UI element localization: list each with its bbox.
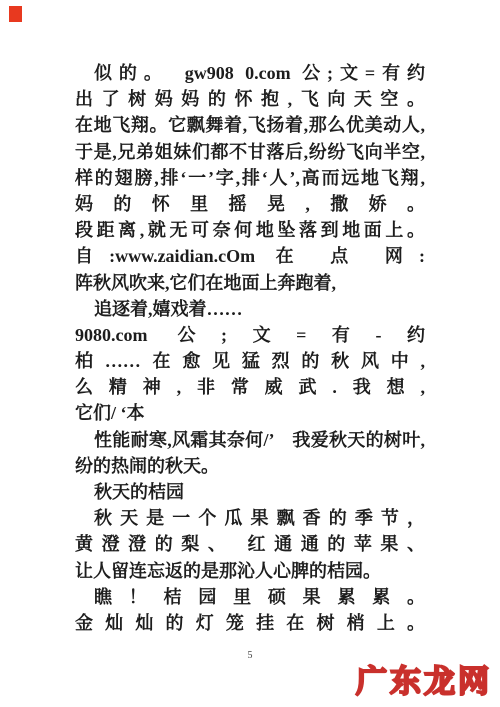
text-line: 段距离,就无可奈何地坠落到地面上。地面的树叶也不甘(来	[75, 217, 425, 243]
text-line: 似的。 gw908 0.com 公;文=有约 一片黄色的叶子挣脱	[75, 60, 425, 86]
text-line: 妈的怀里摇晃,撒娇。有时它们会像彩蝶一样飞,不过飞了一	[75, 191, 425, 217]
text-line: 在地飞翔。它飘舞着,飞扬着,那么优美动人,那么安逸潇洒。	[75, 112, 425, 138]
text-line: 柏……在愈见猛烈的秋风中,它们依然那么翠绿,那么光亮,那	[75, 348, 425, 374]
text-line: 追逐着,嬉戏着……它们为秋天增添了许多情趣。gw	[75, 296, 425, 322]
text-line: 瞧！桔园里硕果累累。桔树上的桔子远远望去像一个个	[75, 584, 425, 610]
text-line: 自:www.zaidian.cOm 在 点 网:描写秋天风的作文)寂寞,一	[75, 243, 425, 269]
text-line: 金灿灿的灯笼挂在树梢上。走进桔林里一看， 一片片茂密	[75, 610, 425, 636]
red-corner-mark	[9, 6, 22, 22]
watermark: 广东龙网	[356, 656, 492, 701]
text-line: 样的翅膀,排‘一’字,排‘人’,高而远地飞翔,只能在树妈	[75, 165, 425, 191]
text-line: 纷的热闹的秋天。	[75, 453, 425, 479]
text-block: 似的。 gw908 0.com 公;文=有约 一片黄色的叶子挣脱出了树妈妈的怀抱…	[75, 60, 425, 636]
text-line: 阵秋风吹来,它们在地面上奔跑着,	[75, 270, 425, 296]
text-line: 让人留连忘返的是那沁人心脾的桔园。	[75, 558, 425, 584]
text-line: 秋天是一个瓜果飘香的季节， 许许多多的水果都成熟了。	[75, 505, 425, 531]
text-line: 于是,兄弟姐妹们都不甘落后,纷纷飞向半空,它们没有大雁一	[75, 139, 425, 165]
document-page: 似的。 gw908 0.com 公;文=有约 一片黄色的叶子挣脱出了树妈妈的怀抱…	[0, 0, 500, 707]
text-line: 黄澄澄的梨、 红通通的苹果、 黄灿灿的柿子挂满枝头。最	[75, 531, 425, 557]
text-line: 它们/ ‘本	[75, 400, 425, 426]
text-line: 出了树妈妈的怀抱,飞向天空。它在半空中盘旋,翻滚,自由自	[75, 86, 425, 112]
text-line: 么精神,非常威武.我想,可以用陈毅爷爷赞菊的一句话来赞颂	[75, 374, 425, 400]
text-line: 性能耐寒,风霜其奈何/’ 我爱秋天的树叶,更爱这落英缤	[75, 427, 425, 453]
text-line: 秋天的桔园	[75, 479, 425, 505]
text-line: 9080.com 公;文=有-约 还有那四季常青的冬青树,樟树,松	[75, 322, 425, 348]
